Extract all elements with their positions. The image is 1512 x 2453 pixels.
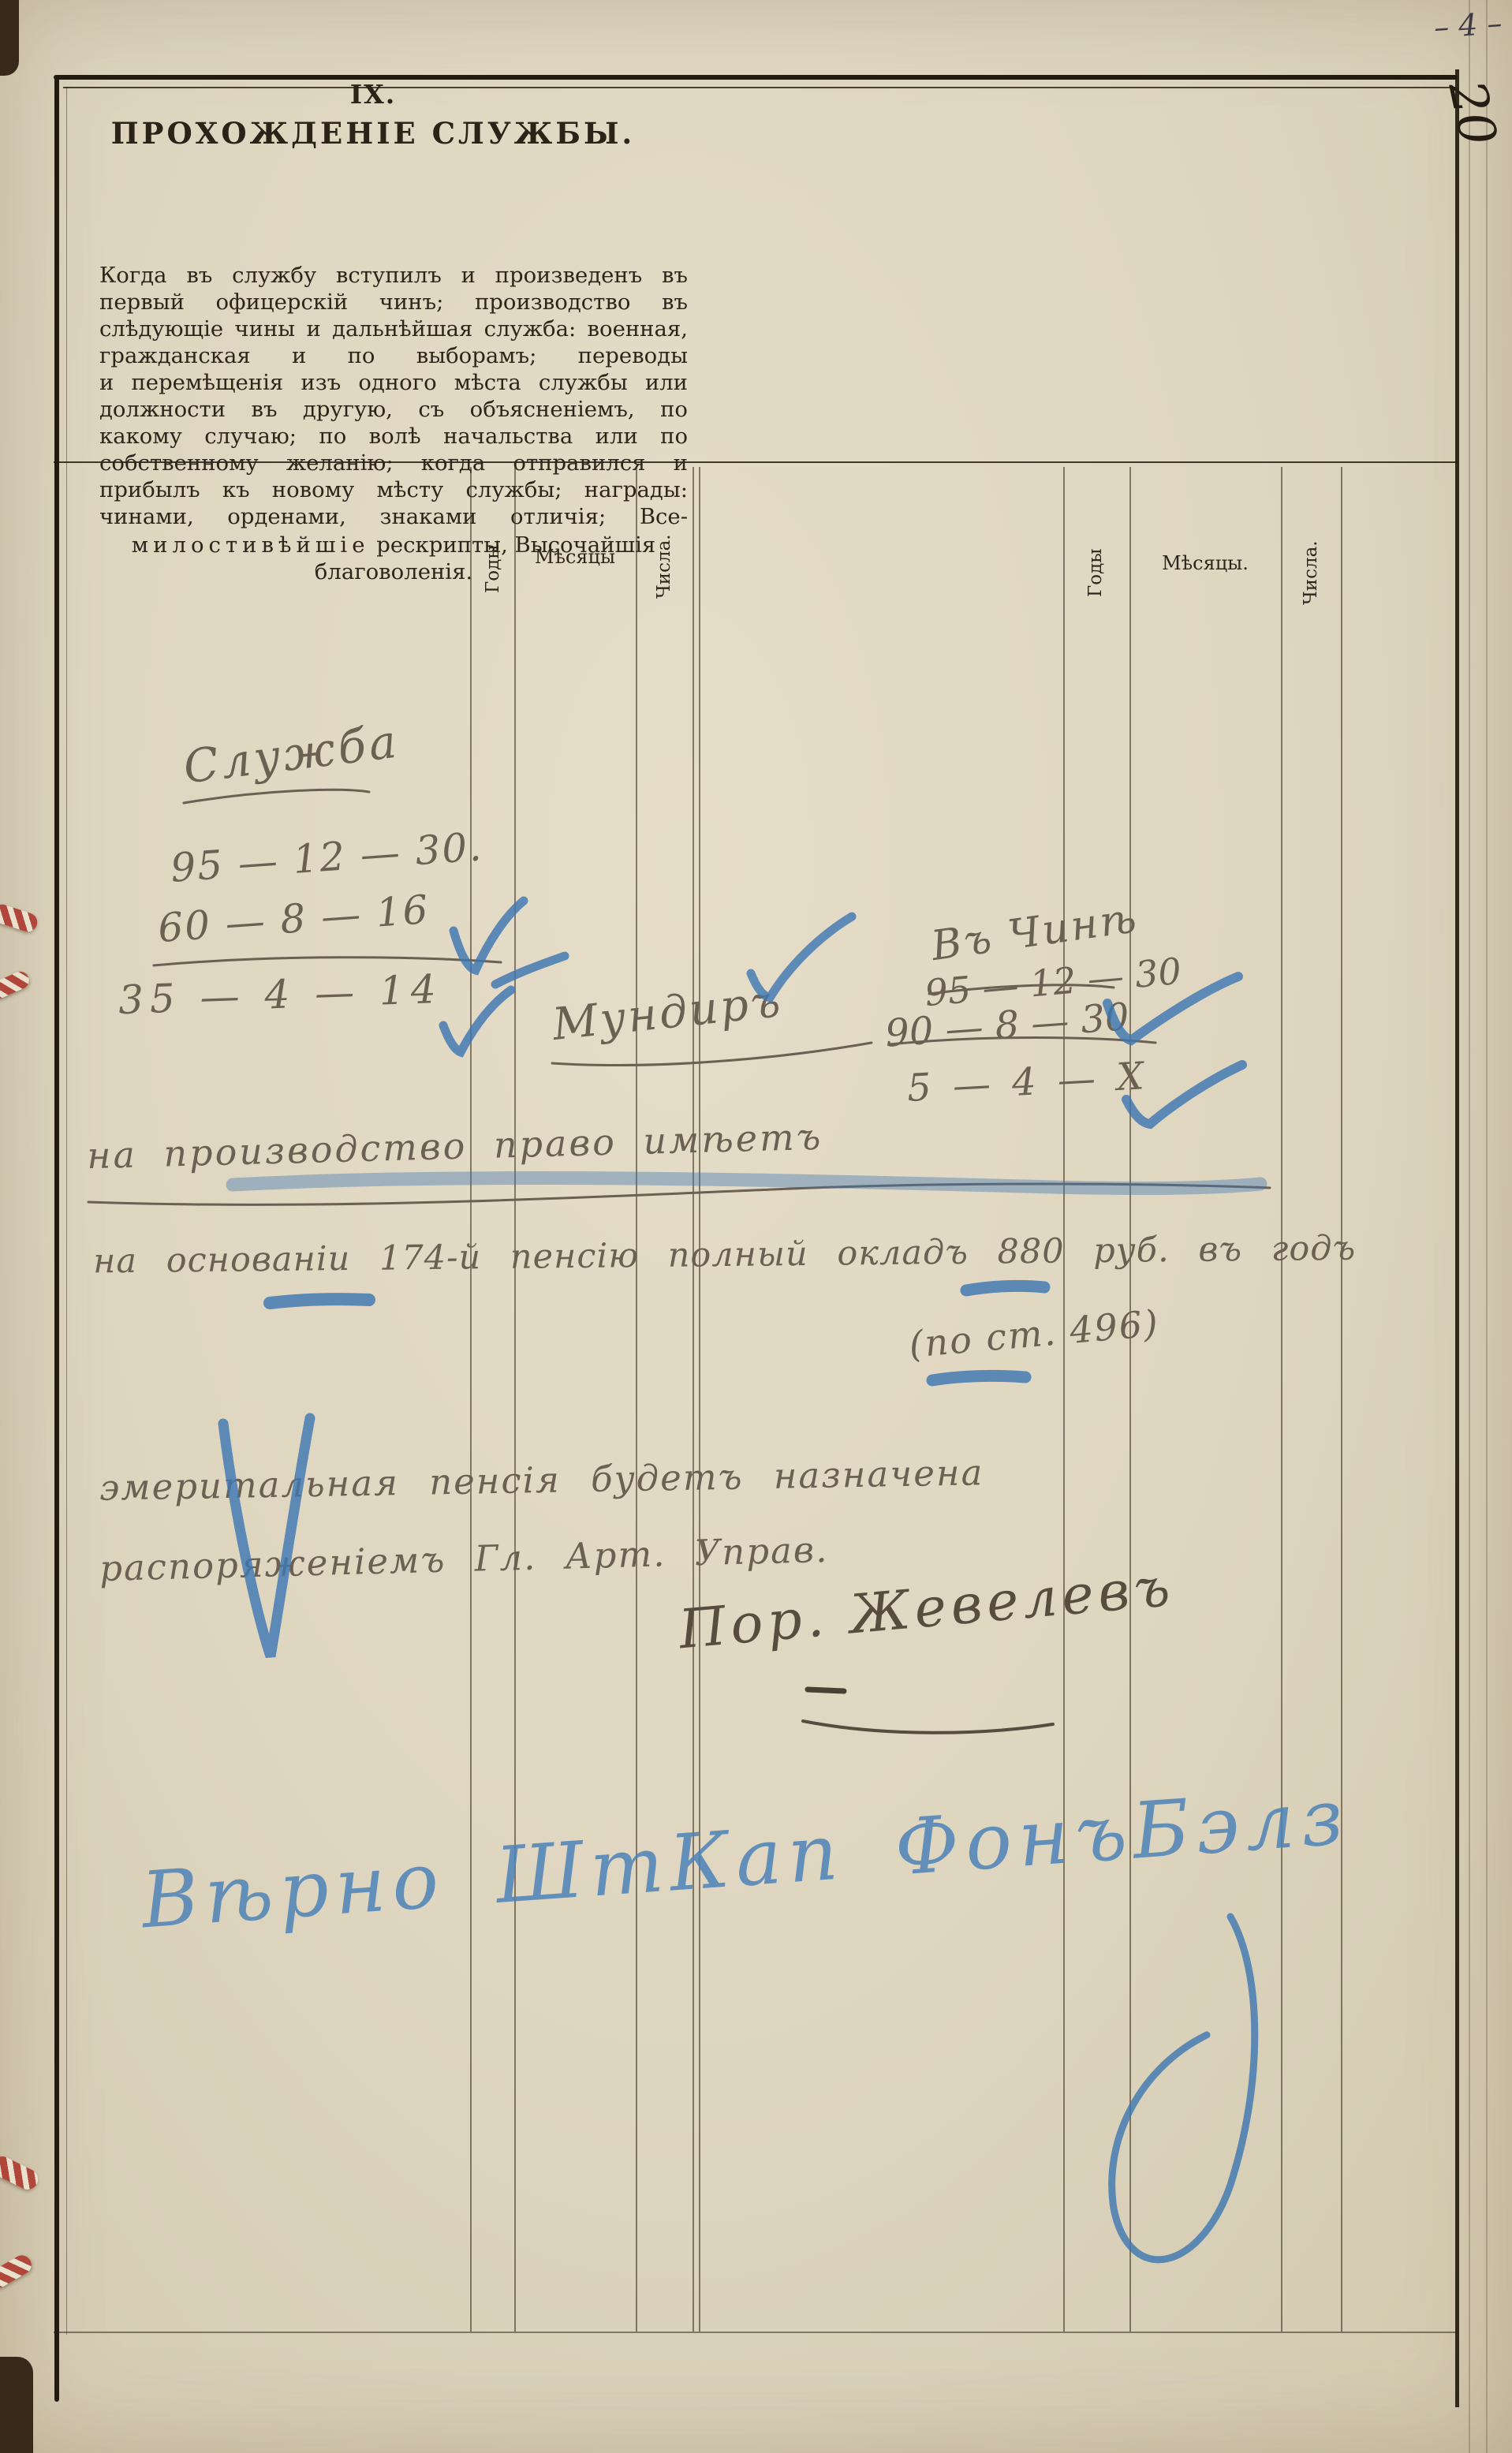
column-rule <box>693 467 694 2332</box>
service-date-total-row: 35 — 4 — 14 <box>118 966 442 1023</box>
blue-flourish-loop <box>1112 1917 1255 2260</box>
rank-date-total-row: 5 — 4 — X <box>906 1054 1150 1111</box>
section-number: IX. <box>55 79 691 110</box>
promotion-right-note: на производство право имѣетъ <box>86 1115 823 1177</box>
document-header: IX. ПРОХОЖДЕНІЕ СЛУЖБЫ. <box>55 79 691 151</box>
page-edge-bottom-left <box>0 2357 33 2453</box>
description-line: какому случаю; по волѣ начальства или по… <box>99 423 688 476</box>
frame-right-edge <box>1455 69 1459 2407</box>
blue-v-mark <box>223 1418 310 1656</box>
rank-date-row: 90 — 8 — 30 <box>883 995 1130 1055</box>
description-line: слѣдующіе чины и дальнѣйшая служба: воен… <box>99 315 688 369</box>
table-bottom-rule <box>54 2332 1457 2333</box>
frame-left-thick <box>54 75 59 2402</box>
column-header-months-right: Мѣсяцы. <box>1129 552 1281 574</box>
service-date-row: 95 — 12 — 30. <box>169 823 483 891</box>
uniform-note: Мундиръ <box>550 976 785 1051</box>
blue-underline <box>270 1299 369 1303</box>
scanned-service-record-page: – 4 – 20 IX. ПРОХОЖДЕНІЕ СЛУЖБЫ. Когда в… <box>0 0 1512 2453</box>
column-rule <box>470 467 472 2332</box>
certification-blue-signature: Вѣрно ШтКап ФонъБэлз <box>139 1772 1352 1947</box>
description-line: и перемѣщенія изъ одного мѣста службы ил… <box>99 369 688 423</box>
pension-parenthetical: (по ст. 496) <box>907 1301 1161 1366</box>
service-date-row: 60 — 8 — 16 <box>156 887 431 951</box>
column-rule <box>514 467 516 2332</box>
blue-underline <box>233 1178 1260 1188</box>
blue-underline <box>932 1376 1025 1380</box>
page-title: ПРОХОЖДЕНІЕ СЛУЖБЫ. <box>55 116 691 151</box>
column-rule <box>1129 467 1131 2332</box>
blue-underline <box>966 1286 1044 1290</box>
archival-page-number: – 4 – <box>1433 6 1503 45</box>
column-rule <box>1341 467 1342 2332</box>
blue-checkmark <box>443 990 511 1052</box>
column-header-days-right: Числа. <box>1284 502 1338 644</box>
emerital-note-line1: эмеритальная пенсія будетъ назначена <box>99 1451 984 1509</box>
binding-cord-icon <box>0 969 32 1001</box>
binding-cord-icon <box>0 2153 42 2194</box>
page-edge-crease <box>1486 0 1488 2453</box>
column-header-years-left: Годы. <box>472 495 514 637</box>
blue-dash <box>495 956 565 984</box>
column-header-days-left: Числа. <box>639 495 689 637</box>
blue-checkmark <box>454 901 524 970</box>
description-line: Когда въ службу вступилъ и произведенъ в… <box>99 262 688 315</box>
header-description: Когда въ службу вступилъ и произведенъ в… <box>99 262 688 585</box>
frame-left-thin <box>66 87 67 2335</box>
column-rule <box>699 467 700 2332</box>
column-rule <box>636 467 637 2332</box>
column-header-years-right: Годы <box>1065 502 1126 644</box>
column-rule <box>1281 467 1282 2332</box>
pension-note: на основаніи 174-й пенсію полный окладъ … <box>93 1229 1357 1282</box>
binding-cord-icon <box>0 902 39 935</box>
page-edge-top-left <box>0 0 19 76</box>
column-header-months-left: Мѣсяцы <box>514 546 636 568</box>
description-line: прибылъ къ новому мѣсту службы; награды:… <box>99 476 688 530</box>
emphasized-word: милостивѣйшіе <box>132 532 370 558</box>
binding-cord-icon <box>0 2252 35 2291</box>
emerital-note-line2: распоряженіемъ Гл. Арт. Управ. <box>99 1529 828 1589</box>
column-rule <box>1063 467 1065 2332</box>
page-edge-crease <box>1469 0 1470 2453</box>
service-heading: Служба <box>181 715 402 794</box>
